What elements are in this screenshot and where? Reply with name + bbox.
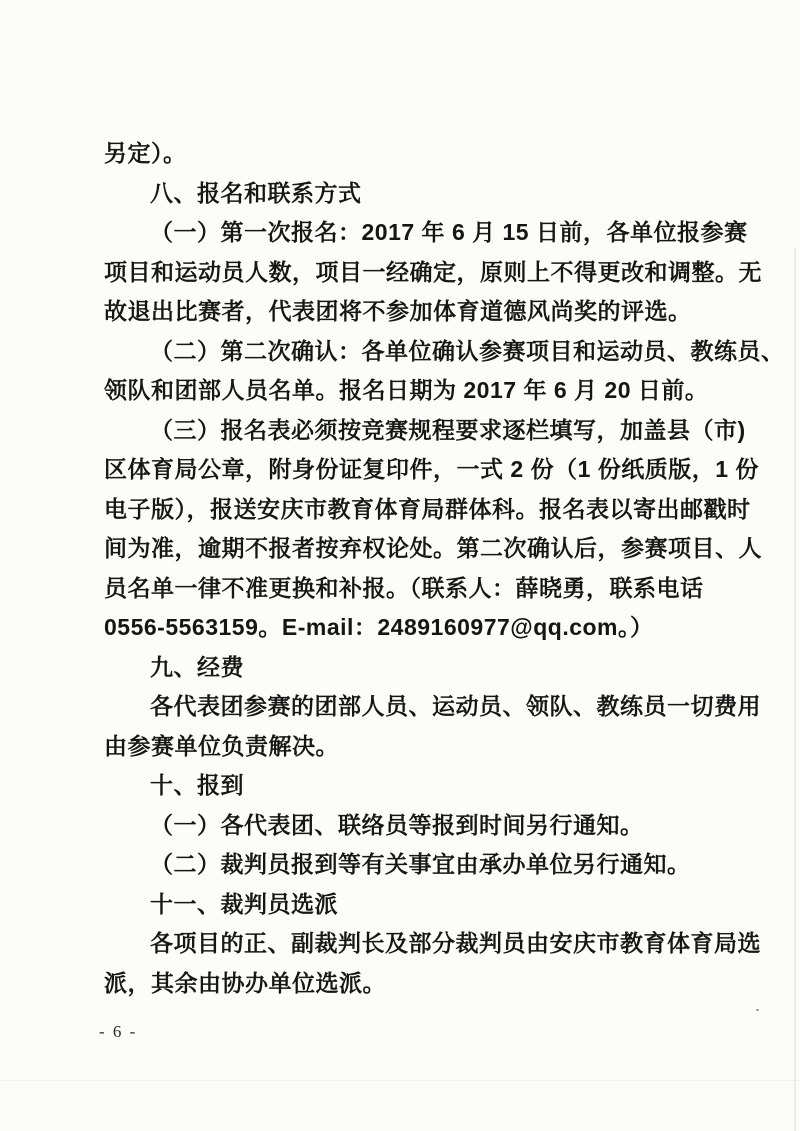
text-line: 由参赛单位负责解决。 [104, 727, 724, 767]
scanned-document-page: 另定）。八、报名和联系方式（一）第一次报名：2017 年 6 月 15 日前，各… [0, 0, 800, 1131]
text-line: 九、经费 [104, 648, 724, 688]
text-line: 电子版），报送安庆市教育体育局群体科。报名表以寄出邮戳时 [104, 490, 724, 530]
text-line: 0556-5563159。E-mail：2489160977@qq.com。） [104, 608, 724, 648]
text-line: （二）第二次确认：各单位确认参赛项目和运动员、教练员、 [104, 332, 724, 372]
text-line: （一）各代表团、联络员等报到时间另行通知。 [104, 806, 724, 846]
text-line: 领队和团部人员名单。报名日期为 2017 年 6 月 20 日前。 [104, 371, 724, 411]
document-body: 另定）。八、报名和联系方式（一）第一次报名：2017 年 6 月 15 日前，各… [104, 134, 724, 1003]
text-line: （三）报名表必须按竞赛规程要求逐栏填写，加盖县（市) [104, 411, 724, 451]
text-line: 员名单一律不准更换和补报。（联系人：薛晓勇，联系电话 [104, 569, 724, 609]
text-line: （二）裁判员报到等有关事宜由承办单位另行通知。 [104, 845, 724, 885]
text-line: 另定）。 [104, 134, 724, 174]
text-line: 故退出比赛者，代表团将不参加体育道德风尚奖的评选。 [104, 292, 724, 332]
text-line: 八、报名和联系方式 [104, 174, 724, 214]
text-line: 十一、裁判员选派 [104, 885, 724, 925]
text-line: 各项目的正、副裁判长及部分裁判员由安庆市教育体育局选 [104, 924, 724, 964]
text-line: 间为准，逾期不报者按弃权论处。第二次确认后，参赛项目、人 [104, 529, 724, 569]
text-line: 各代表团参赛的团部人员、运动员、领队、教练员一切费用 [104, 687, 724, 727]
scan-edge-horizontal-line [0, 1080, 800, 1081]
text-line: 区体育局公章，附身份证复印件，一式 2 份（1 份纸质版，1 份 [104, 450, 724, 490]
text-line: 项目和运动员人数，项目一经确定，原则上不得更改和调整。无 [104, 253, 724, 293]
text-line: （一）第一次报名：2017 年 6 月 15 日前，各单位报参赛 [104, 213, 724, 253]
text-line: 十、报到 [104, 766, 724, 806]
page-number: - 6 - [99, 1022, 137, 1042]
scan-edge-vertical-line [794, 248, 796, 1131]
scan-speck [756, 1009, 759, 1011]
text-line: 派，其余由协办单位选派。 [104, 964, 724, 1004]
